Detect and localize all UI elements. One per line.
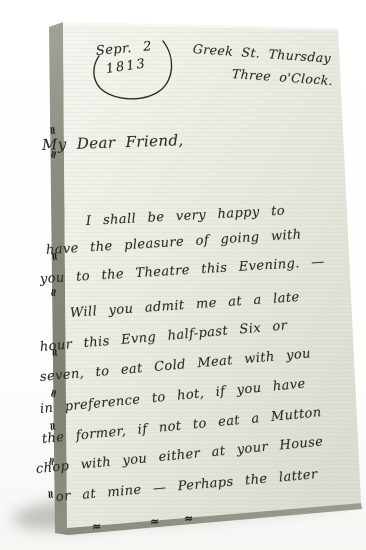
letter-photo-scene: ≈ ≈ ≈ ≈ ≈ ≈ ≈ ≈ ≈ ≈ ≈ ≈ Sepr. 2 1813 Gre…	[0, 0, 366, 550]
ink-wrap-mark: ≈	[149, 515, 160, 529]
ink-wrap-mark: ≈	[183, 512, 194, 526]
ink-wrap-mark: ≈	[91, 519, 102, 533]
ink-wrap-mark: ≈	[46, 388, 60, 399]
ink-wrap-mark: ≈	[47, 287, 61, 297]
